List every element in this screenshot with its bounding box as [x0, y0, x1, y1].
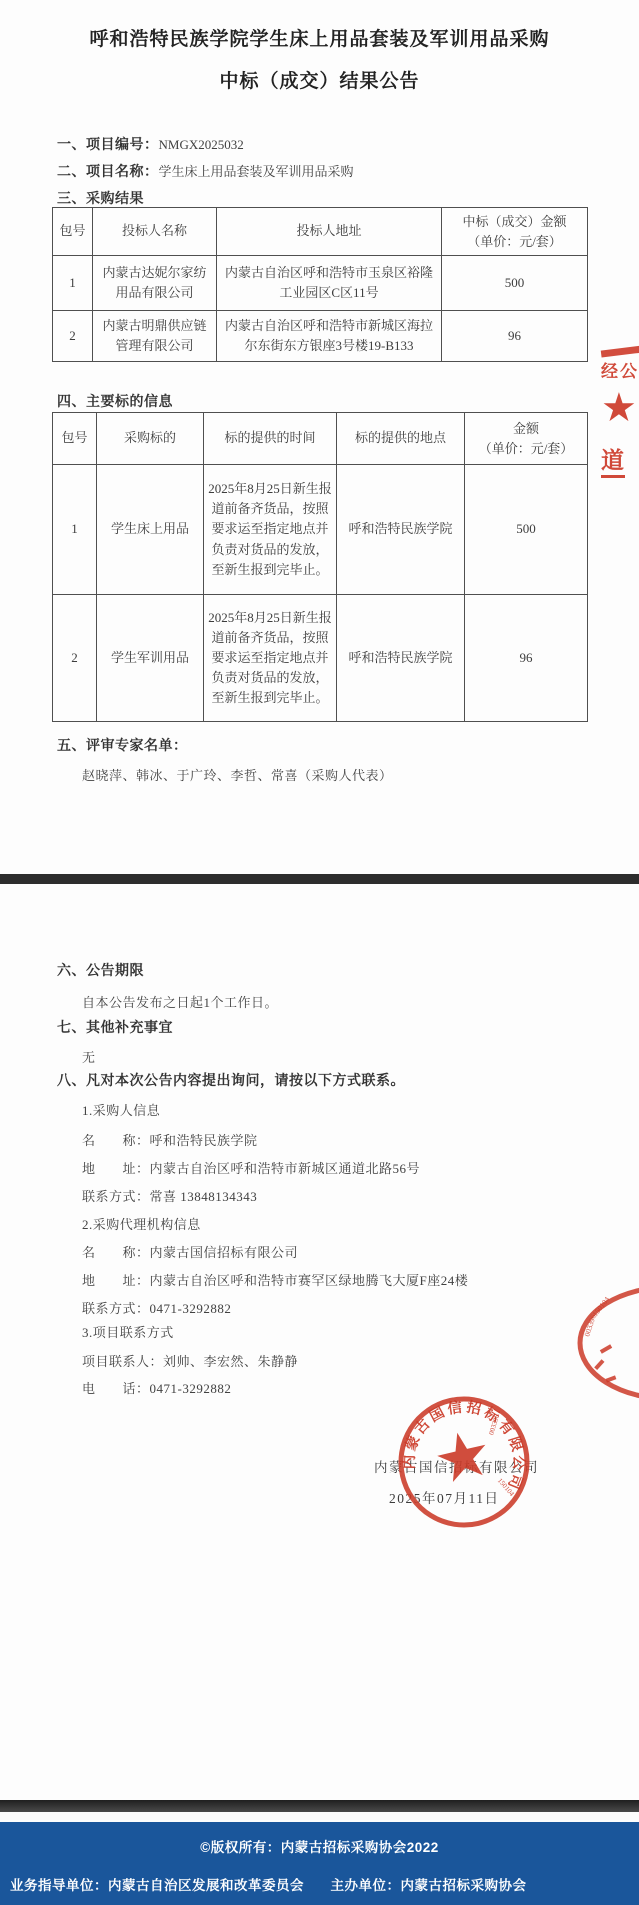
buyer-name-label: 名 称：	[82, 1133, 150, 1148]
cell-package-no: 2	[53, 311, 93, 362]
footer-organizer-unit: 主办单位：内蒙古招标采购协会	[331, 1878, 527, 1893]
agency-info-heading: 2.采购代理机构信息	[82, 1214, 201, 1233]
cell-bidder-address: 内蒙古自治区呼和浩特市新城区海拉尔东街东方银座3号楼19-B133	[217, 311, 442, 362]
arc-number-b: 003396	[582, 1313, 598, 1337]
header-supply-place: 标的提供的地点	[337, 413, 465, 465]
agency-contact-line: 联系方式：0471-3292882	[82, 1298, 231, 1317]
cell-amount: 500	[442, 256, 588, 311]
cell-amount: 96	[442, 311, 588, 362]
stamp-fragment-char: 道	[601, 442, 625, 478]
arc-ring	[580, 1287, 639, 1399]
section-experts-heading: 五、评审专家名单：	[57, 735, 188, 755]
project-contacts-line: 项目联系人：刘帅、李宏然、朱静静	[82, 1351, 298, 1370]
cell-package-no: 1	[53, 256, 93, 311]
project-number-label: 一、项目编号：	[57, 136, 159, 152]
project-contacts-value: 刘帅、李宏然、朱静静	[163, 1354, 298, 1369]
stamp-fragment-chars: 经公	[601, 357, 639, 382]
buyer-info-heading: 1.采购人信息	[82, 1100, 160, 1119]
header-award-amount-line2: （单价：元/套）	[446, 232, 583, 252]
experts-list: 赵晓萍、韩冰、于广玲、李哲、常喜（采购人代表）	[82, 765, 393, 784]
cell-subject: 学生军训用品	[97, 595, 204, 722]
agency-address-value: 内蒙古自治区呼和浩特市赛罕区绿地腾飞大厦F座24楼	[150, 1273, 469, 1288]
section-project-number: 一、项目编号：NMGX2025032	[57, 134, 244, 154]
footer-separator-band	[0, 1800, 639, 1812]
buyer-name-value: 呼和浩特民族学院	[150, 1133, 258, 1148]
cell-supply-time: 2025年8月25日新生报道前备齐货品，按照要求运至指定地点并负责对货品的发放，…	[204, 595, 337, 722]
stamp-fragment-edge: 经公 ★ 道	[601, 348, 639, 478]
table-header-row: 包号 采购标的 标的提供的时间 标的提供的地点 金额 （单价：元/套）	[53, 413, 588, 465]
table-header-row: 包号 投标人名称 投标人地址 中标（成交）金额 （单价：元/套）	[53, 208, 588, 256]
section-contact-heading: 八、凡对本次公告内容提出询问，请按以下方式联系。	[57, 1070, 405, 1090]
arc-glyph-mark	[600, 1344, 612, 1353]
stamp-fragment-bar	[601, 345, 639, 357]
cell-amount: 96	[465, 595, 588, 722]
agency-name-label: 名 称：	[82, 1245, 150, 1260]
table-row: 2 内蒙古明鼎供应链管理有限公司 内蒙古自治区呼和浩特市新城区海拉尔东街东方银座…	[53, 311, 588, 362]
header-bidder-name: 投标人名称	[93, 208, 217, 256]
project-contacts-label: 项目联系人：	[82, 1354, 163, 1369]
procurement-result-table: 包号 投标人名称 投标人地址 中标（成交）金额 （单价：元/套） 1 内蒙古达妮…	[52, 207, 588, 362]
project-phone-label: 电 话：	[82, 1381, 150, 1396]
header-amount-line1: 金额	[469, 419, 583, 439]
section-announcement-period-heading: 六、公告期限	[57, 960, 144, 980]
table-row: 2 学生军训用品 2025年8月25日新生报道前备齐货品，按照要求运至指定地点并…	[53, 595, 588, 722]
section-project-name: 二、项目名称：学生床上用品套装及军训用品采购	[57, 161, 354, 181]
buyer-address-label: 地 址：	[82, 1161, 150, 1176]
footer-units-line: 业务指导单位：内蒙古自治区发展和改革委员会 主办单位：内蒙古招标采购协会	[10, 1874, 639, 1894]
project-phone-value: 0471-3292882	[150, 1381, 232, 1396]
buyer-contact-value: 常喜 13848134343	[150, 1189, 258, 1204]
document-title-line2: 中标（成交）结果公告	[0, 66, 639, 93]
page-separator-band	[0, 874, 639, 884]
footer-copyright: ©版权所有：内蒙古招标采购协会2022	[0, 1836, 639, 1856]
buyer-contact-line: 联系方式：常喜 13848134343	[82, 1186, 257, 1205]
table-row: 1 学生床上用品 2025年8月25日新生报道前备齐货品，按照要求运至指定地点并…	[53, 465, 588, 595]
cell-bidder-address: 内蒙古自治区呼和浩特市玉泉区裕隆工业园区C区11号	[217, 256, 442, 311]
site-footer: ©版权所有：内蒙古招标采购协会2022 业务指导单位：内蒙古自治区发展和改革委员…	[0, 1822, 639, 1905]
cell-package-no: 1	[53, 465, 97, 595]
agency-address-line: 地 址：内蒙古自治区呼和浩特市赛罕区绿地腾飞大厦F座24楼	[82, 1270, 468, 1289]
header-bidder-address: 投标人地址	[217, 208, 442, 256]
cell-subject: 学生床上用品	[97, 465, 204, 595]
subject-info-table: 包号 采购标的 标的提供的时间 标的提供的地点 金额 （单价：元/套） 1 学生…	[52, 412, 588, 722]
table-row: 1 内蒙古达妮尔家纺用品有限公司 内蒙古自治区呼和浩特市玉泉区裕隆工业园区C区1…	[53, 256, 588, 311]
other-matters-value: 无	[82, 1047, 96, 1066]
header-award-amount-line1: 中标（成交）金额	[446, 212, 583, 232]
section-procurement-result-heading: 三、采购结果	[57, 188, 144, 208]
cell-package-no: 2	[53, 595, 97, 722]
section-subject-info-heading: 四、主要标的信息	[57, 391, 173, 411]
scanned-announcement-page: 呼和浩特民族学院学生床上用品套装及军训用品采购 中标（成交）结果公告 一、项目编…	[0, 0, 639, 1905]
arc-glyph-mark	[606, 1375, 617, 1382]
stamp-fragment-star-icon: ★	[601, 388, 639, 428]
cell-bidder-name: 内蒙古明鼎供应链管理有限公司	[93, 311, 217, 362]
buyer-address-line: 地 址：内蒙古自治区呼和浩特市新城区通道北路56号	[82, 1158, 420, 1177]
signature-org: 内蒙古国信招标有限公司	[374, 1456, 539, 1476]
cell-bidder-name: 内蒙古达妮尔家纺用品有限公司	[93, 256, 217, 311]
project-name-label: 二、项目名称：	[57, 163, 159, 179]
section-other-matters-heading: 七、其他补充事宜	[57, 1017, 173, 1037]
stamp-arc-svg: 150104 003396	[572, 1285, 639, 1407]
header-package-no: 包号	[53, 208, 93, 256]
header-amount-line2: （单价：元/套）	[469, 439, 583, 459]
cell-supply-place: 呼和浩特民族学院	[337, 465, 465, 595]
buyer-contact-label: 联系方式：	[82, 1189, 150, 1204]
project-contact-heading: 3.项目联系方式	[82, 1322, 174, 1341]
cell-supply-time: 2025年8月25日新生报道前备齐货品，按照要求运至指定地点并负责对货品的发放，…	[204, 465, 337, 595]
header-award-amount: 中标（成交）金额 （单价：元/套）	[442, 208, 588, 256]
project-name-value: 学生床上用品套装及军训用品采购	[159, 164, 354, 179]
seal-number-b: 003396	[487, 1413, 501, 1436]
stamp-fragment-arc: 150104 003396	[572, 1285, 639, 1407]
project-phone-line: 电 话：0471-3292882	[82, 1378, 231, 1397]
agency-name-value: 内蒙古国信招标有限公司	[150, 1245, 299, 1260]
project-number-value: NMGX2025032	[159, 137, 244, 152]
cell-amount: 500	[465, 465, 588, 595]
arc-number-a: 150104	[590, 1295, 611, 1318]
agency-name-line: 名 称：内蒙古国信招标有限公司	[82, 1242, 298, 1261]
arc-glyph-mark	[594, 1359, 604, 1370]
buyer-name-line: 名 称：呼和浩特民族学院	[82, 1130, 258, 1149]
cell-supply-place: 呼和浩特民族学院	[337, 595, 465, 722]
buyer-address-value: 内蒙古自治区呼和浩特市新城区通道北路56号	[150, 1161, 421, 1176]
footer-guidance-unit: 业务指导单位：内蒙古自治区发展和改革委员会	[10, 1878, 304, 1893]
announcement-period-value: 自本公告发布之日起1个工作日。	[82, 992, 278, 1011]
header-package-no: 包号	[53, 413, 97, 465]
agency-address-label: 地 址：	[82, 1273, 150, 1288]
header-amount: 金额 （单价：元/套）	[465, 413, 588, 465]
header-supply-time: 标的提供的时间	[204, 413, 337, 465]
agency-contact-label: 联系方式：	[82, 1301, 150, 1316]
signature-date: 2025年07月11日	[389, 1487, 500, 1507]
header-subject: 采购标的	[97, 413, 204, 465]
document-title-line1: 呼和浩特民族学院学生床上用品套装及军训用品采购	[0, 24, 639, 51]
agency-contact-value: 0471-3292882	[150, 1301, 232, 1316]
